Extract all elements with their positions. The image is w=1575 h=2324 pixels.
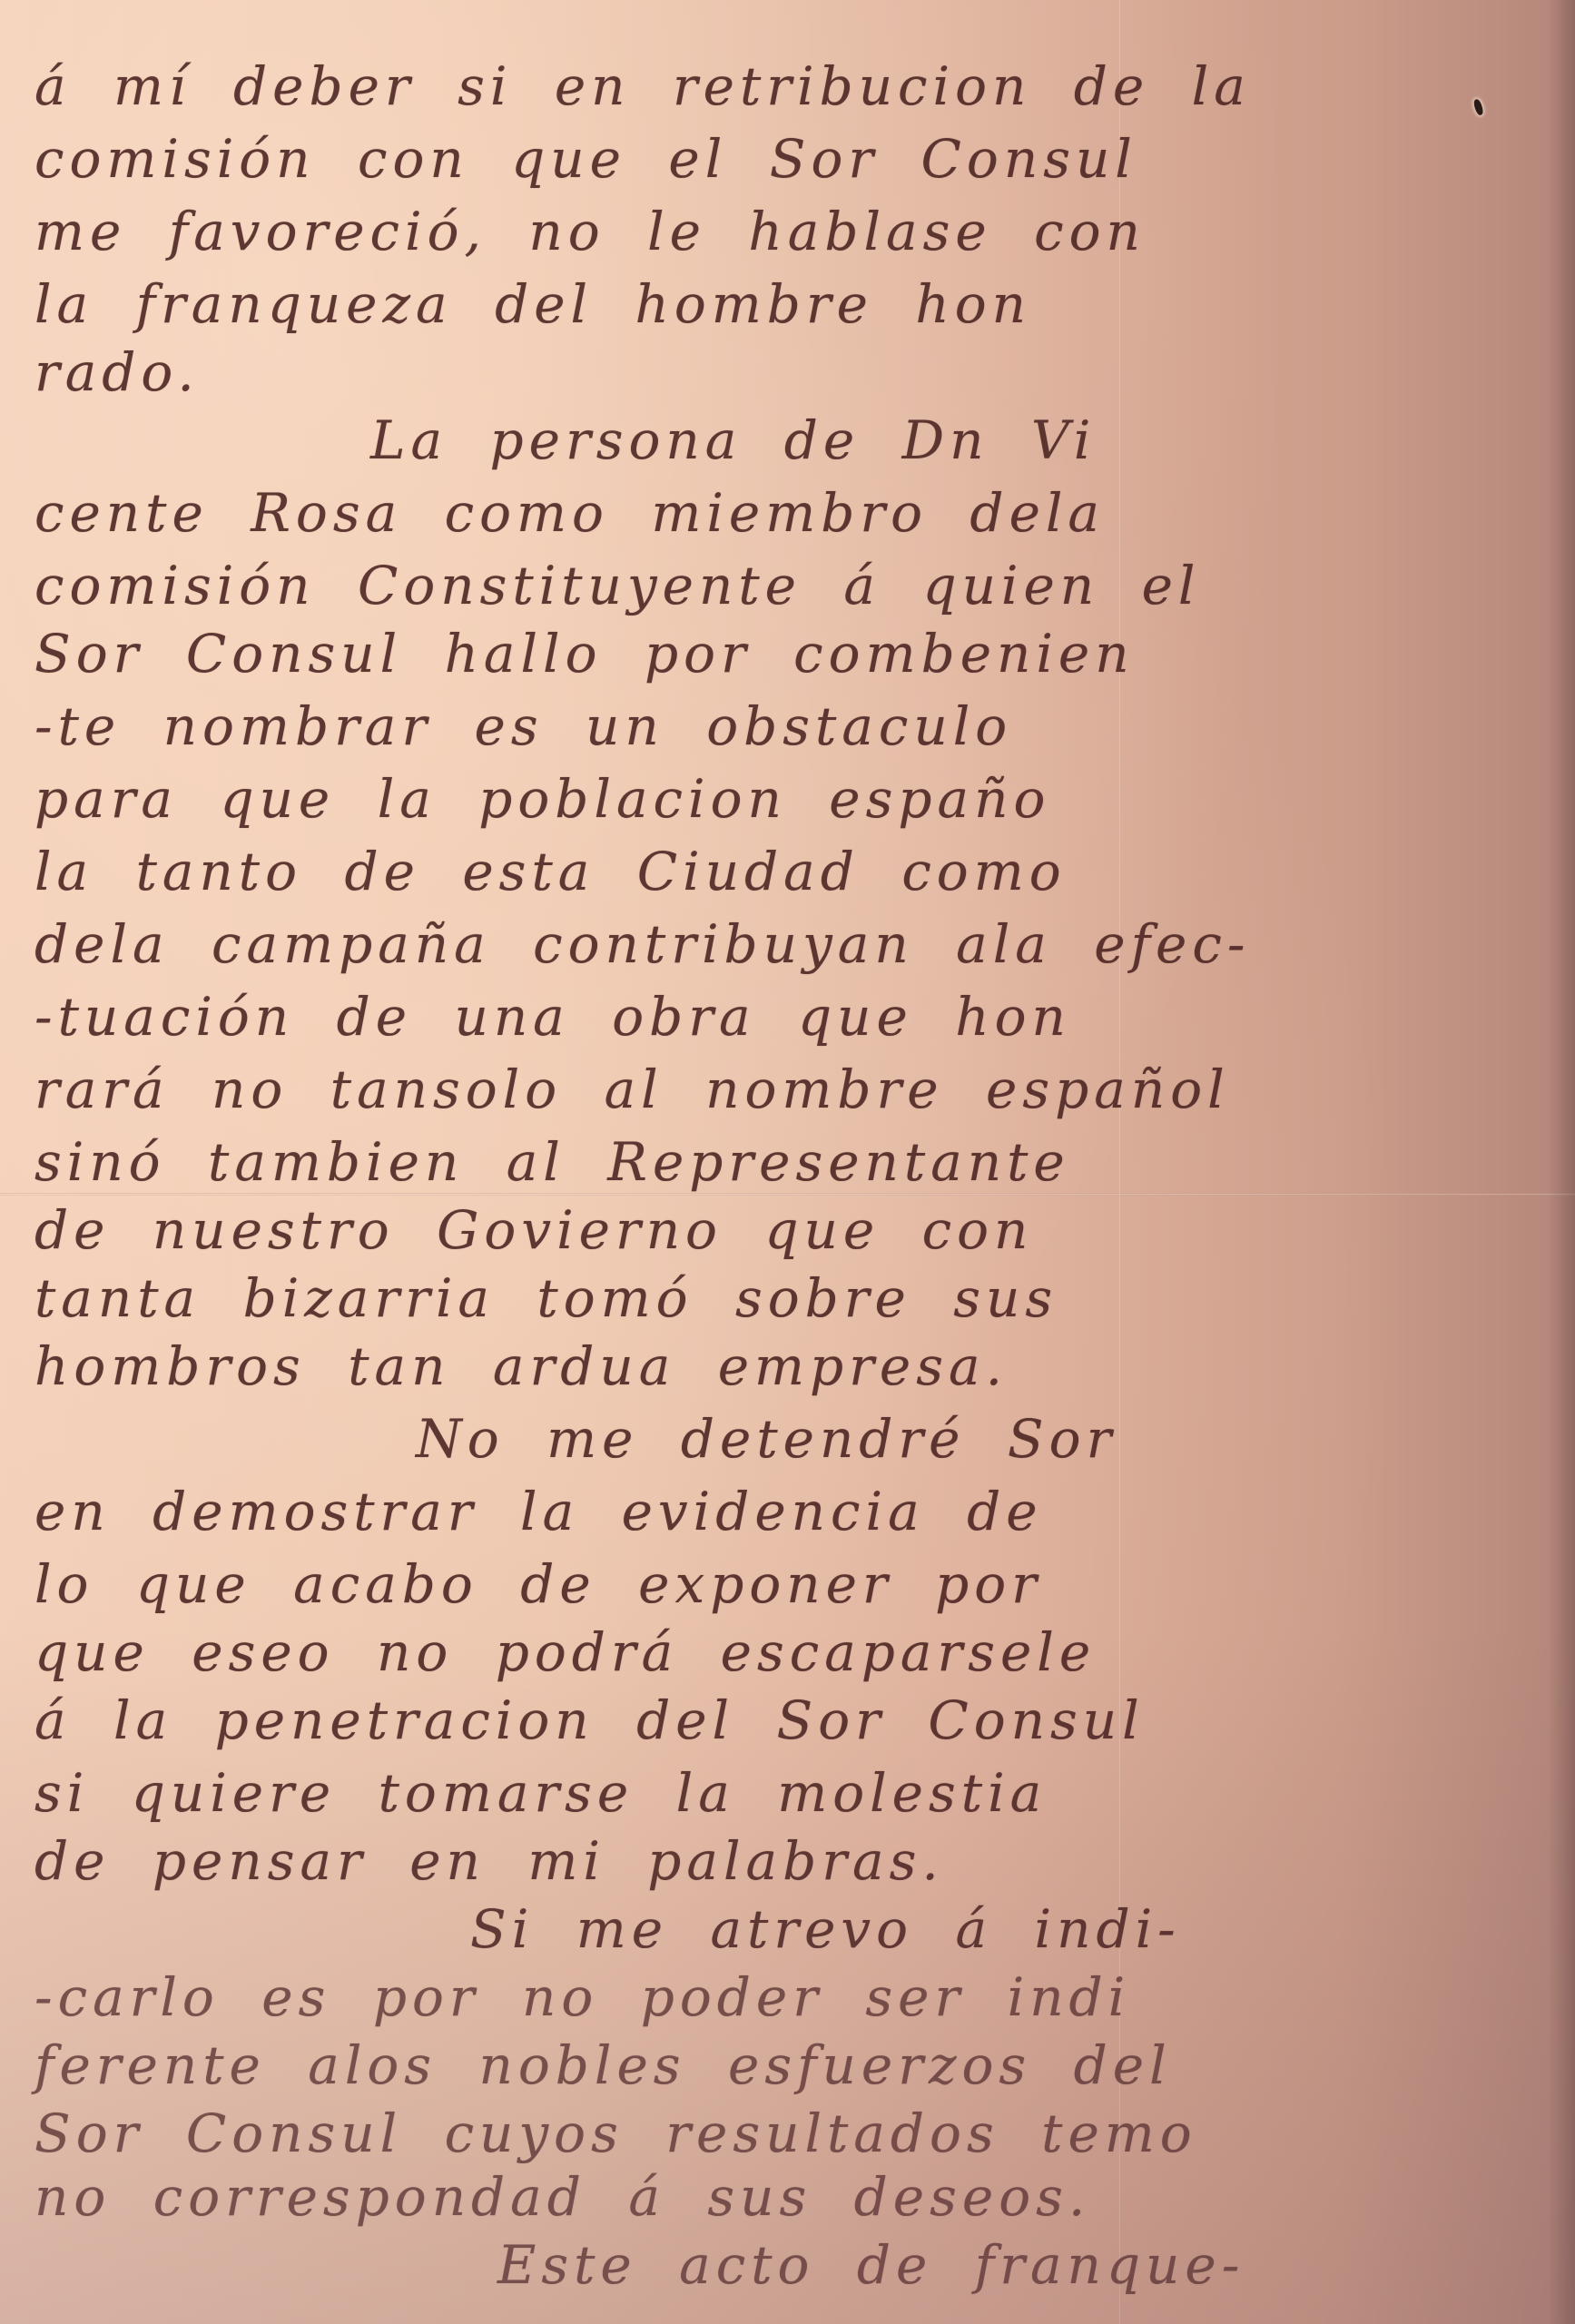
handwritten-line: hombros tan ardua empresa. [34,1334,1008,1398]
handwritten-line: -carlo es por no poder ser indi [34,1965,1130,2029]
handwritten-line: no correspondad á sus deseos. [34,2165,1090,2229]
handwritten-line: la tanto de esta Ciudad como [34,840,1067,903]
handwritten-line: No me detendré Sor [416,1407,1117,1471]
handwritten-line: á la penetracion del Sor Consul [34,1689,1145,1752]
handwritten-line: ferente alos nobles esfuerzos del [34,2033,1172,2097]
handwritten-line: si quiere tomarse la molestia [34,1761,1047,1825]
handwritten-line: en demostrar la evidencia de [34,1480,1043,1543]
handwritten-line: comisión Constituyente á quien el [34,554,1200,617]
handwritten-line: la franqueza del hombre hon [34,272,1031,336]
handwritten-line: me favoreció, no le hablase con [34,200,1146,263]
handwritten-line: que eseo no podrá escaparsele [34,1620,1096,1684]
handwritten-line: cente Rosa como miembro dela [34,481,1105,545]
handwritten-line: -tuación de una obra que hon [34,985,1071,1049]
handwritten-line: de pensar en mi palabras. [34,1829,944,1893]
handwritten-line: tanta bizarria tomó sobre sus [34,1266,1058,1330]
handwritten-line: Sor Consul hallo por combenien [34,622,1135,685]
page-edge-shadow [1548,0,1575,2324]
handwritten-line: á mí deber si en retribucion de la [34,54,1251,118]
handwritten-line: -te nombrar es un obstaculo [34,694,1012,758]
handwritten-line: comisión con que el Sor Consul [34,127,1137,191]
handwritten-line: dela campaña contribuyan ala efec- [34,912,1250,976]
handwritten-line: de nuestro Govierno que con [34,1198,1033,1262]
handwritten-line: Sor Consul cuyos resultados temo [34,2102,1197,2165]
handwritten-line: Si me atrevo á indi- [470,1897,1181,1961]
handwritten-line: rado. [34,340,200,404]
handwritten-line: rará no tansolo al nombre español [34,1058,1230,1121]
paper-hole-damage [1467,94,1491,123]
handwritten-line: La persona de Dn Vi [370,409,1096,472]
handwritten-line: lo que acabo de exponer por [34,1552,1042,1616]
handwritten-line: sinó tambien al Representante [34,1130,1070,1194]
letter-page: á mí deber si en retribucion de la comis… [0,0,1575,2324]
handwritten-line: para que la poblacion españo [34,767,1050,831]
handwritten-line: Este acto de franque- [497,2233,1245,2297]
